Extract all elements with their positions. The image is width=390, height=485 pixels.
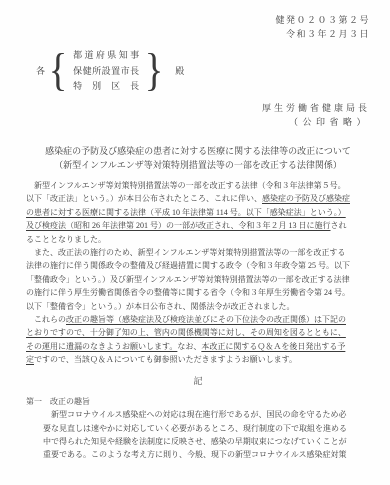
body-line: 以下「整備省令」という。）が本日公布され、関係法令が改正されました。 xyxy=(26,300,370,313)
right-brace-glyph: } xyxy=(145,47,164,93)
plain-text: 新型インフルエンザ等対策特別措置法等の一部を改正する法律（令和３年法律第５号。 xyxy=(26,181,346,190)
addressee-block: 各 { 都道府県知事保健所設置市長特別区長 } 殿 xyxy=(36,47,184,93)
section-line: 新型コロナウイルス感染症への対応は現在進行形であるが、国民の命を守るため必 xyxy=(43,408,370,421)
body-line: 及び検疫法（昭和 26 年法律第 201 号）の一部が改正され、令和３年２月 1… xyxy=(26,219,370,232)
plain-text: ですので、当該Ｑ＆Ａについても御参照いただきますようお願いします。 xyxy=(34,355,297,364)
left-brace-glyph: { xyxy=(49,47,68,93)
body-line: とおりですので、十分御了知の上、管内の関係機関等に対し、その周知を図るとともに、 xyxy=(26,326,370,339)
doc-date: 令和３年２月３日 xyxy=(26,27,370,41)
plain-text: これらの xyxy=(26,315,66,324)
addressee-prefix: 各 xyxy=(36,64,45,77)
body-line: これらの改正の趣旨等（感染症法及び検疫法並びにその下位法令の改正関係）は下記の xyxy=(26,313,370,326)
sender-block: 厚生労働省健康局長 （公印省略） xyxy=(26,101,370,129)
doc-number: 健発０２０３第２号 xyxy=(26,13,370,27)
ki-marker: 記 xyxy=(26,374,370,388)
body-text: 新型インフルエンザ等対策特別措置法等の一部を改正する法律（令和３年法律第５号。以… xyxy=(26,179,370,367)
underlined-text: 感染症の予防及び感染症 xyxy=(262,194,350,203)
plain-text: の施行に伴う厚生労働省関係省令の整備等に関する省令（令和３年厚生労働省令第 24… xyxy=(26,288,350,297)
underlined-text: 本改正に関するＱ＆Ａを後日発出する予 xyxy=(201,342,345,351)
body-line: また、改正法の施行のため、新型インフルエンザ等対策特別措置法等の一部を改正する xyxy=(26,246,370,259)
plain-text: また、改正法の施行のため、新型インフルエンザ等対策特別措置法等の一部を改正する xyxy=(26,248,345,257)
body-line: の施行に伴う厚生労働省関係省令の整備等に関する省令（令和３年厚生労働省令第 24… xyxy=(26,286,370,299)
underlined-text: 定 xyxy=(26,355,34,364)
sender-name: 厚生労働省健康局長 xyxy=(26,101,370,115)
underlined-text: とおりですので、十分御了知の上、管内の関係機関等に対し、その周知を図るとともに、 xyxy=(26,328,346,337)
underlined-text: の患者に対する医療に関する法律（平成 10 年法律第 114 号。以下「感染症法… xyxy=(26,208,346,217)
plain-text: ることとなりました。 xyxy=(26,235,106,244)
body-line: 法律の施行に伴う関係政令の整備及び経過措置に関する政令（令和３年政令第 25 号… xyxy=(26,259,370,272)
underlined-text: 及び検疫法（昭和 26 年法律第 201 号）の一部が改正され、令和３年２月 1… xyxy=(26,221,330,230)
addressee-recipient: 特別区長 xyxy=(73,79,139,92)
body-line: の患者に対する医療に関する法律（平成 10 年法律第 114 号。以下「感染症法… xyxy=(26,206,370,219)
section-heading: 第一 改正の趣旨 xyxy=(26,395,370,408)
addressee-list: 都道府県知事保健所設置市長特別区長 xyxy=(73,48,139,92)
body-line: ることとなりました。 xyxy=(26,233,370,246)
seal-omitted-note: （公印省略） xyxy=(26,115,370,129)
document-title-line1: 感染症の予防及び感染症の患者に対する医療に関する法律等の改正について xyxy=(26,144,370,158)
section-first: 第一 改正の趣旨 新型コロナウイルス感染症への対応は現在進行形であるが、国民の命… xyxy=(26,395,370,462)
body-line: 定ですので、当該Ｑ＆Ａについても御参照いただきますようお願いします。 xyxy=(26,353,370,366)
underlined-text: 改正の趣旨等（感染症法及び検疫法並びにその下位法令の改正関係）は下記の xyxy=(66,315,346,324)
plain-text: 「整備政令」という。）及び新型インフルエンザ等対策特別措置法等の一部を改正する法… xyxy=(26,275,350,284)
addressee-honorific: 殿 xyxy=(175,64,184,77)
addressee-recipient: 保健所設置市長 xyxy=(73,64,139,77)
plain-text: なお、 xyxy=(177,342,201,351)
plain-text: 法律の施行に伴う関係政令の整備及び経過措置に関する政令（令和３年政令第 25 号… xyxy=(26,261,350,270)
document-title-line2: （新型インフルエンザ等対策特別措置法等の一部を改正する法律関係） xyxy=(26,158,370,172)
section-line: 重要である。このような考え方に則り、今般、現下の新型コロナウイルス感染症対策 xyxy=(43,448,370,461)
section-line: 中で得られた知見や経験を法制度に反映させ、感染の早期収束につなげていくことが xyxy=(43,435,370,448)
body-line: 「整備政令」という。）及び新型インフルエンザ等対策特別措置法等の一部を改正する法… xyxy=(26,273,370,286)
section-body: 新型コロナウイルス感染症への対応は現在進行形であるが、国民の命を守るため必要な見… xyxy=(43,408,370,462)
section-line: 要な見直しは速やかに対応していく必要があるところ、現行制度の下で取組を進める xyxy=(43,422,370,435)
document-header: 健発０２０３第２号 令和３年２月３日 xyxy=(26,13,370,41)
underlined-text: その運用に遺漏のなきようお願いします。 xyxy=(26,342,177,351)
body-line: 以下「改正法」という。）が本日公布されたところ、これに伴い、感染症の予防及び感染… xyxy=(26,192,370,205)
addressee-recipient: 都道府県知事 xyxy=(73,48,139,61)
plain-text: 以下「改正法」という。）が本日公布されたところ、これに伴い、 xyxy=(26,194,262,203)
body-line: その運用に遺漏のなきようお願いします。なお、本改正に関するＱ＆Ａを後日発出する予 xyxy=(26,340,370,353)
document-page: 健発０２０３第２号 令和３年２月３日 各 { 都道府県知事保健所設置市長特別区長… xyxy=(0,0,390,485)
plain-text: され xyxy=(330,221,346,230)
plain-text: 以下「整備省令」という。）が本日公布され、関係法令が改正されました。 xyxy=(26,302,294,311)
document-title: 感染症の予防及び感染症の患者に対する医療に関する法律等の改正について （新型イン… xyxy=(26,144,370,172)
body-line: 新型インフルエンザ等対策特別措置法等の一部を改正する法律（令和３年法律第５号。 xyxy=(26,179,370,192)
